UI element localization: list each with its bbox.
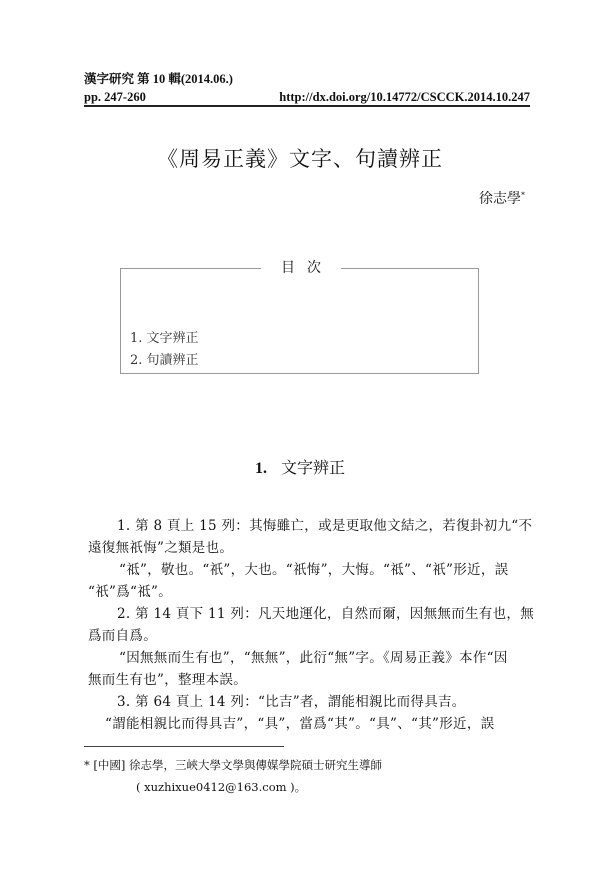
journal-info: 漢字研究 第 10 輯(2014.06.): [84, 69, 233, 87]
paper-title: 《周易正義》文字、句讀辨正: [0, 143, 600, 173]
author: 徐志學*: [479, 188, 525, 208]
body-line: “謂能相親比而得具吉”，“具”，當爲“其”。“具”、“其”形近，誤: [105, 712, 494, 732]
body-line: 2. 第 14 頁下 11 列：凡天地運化，自然而爾，因無無而生有也，無: [117, 602, 534, 622]
body-line: “因無無而生有也”，“無無”，此衍“無”字。《周易正義》本作“因: [119, 646, 508, 666]
footnote-text: * [中國] 徐志學，三峽大學文學與傳媒學院碩士研究生導師: [84, 757, 382, 773]
page-range: pp. 247-260: [84, 90, 146, 105]
footnote-mark[interactable]: *: [521, 190, 525, 199]
body-line: “祗”，敬也。“祇”，大也。“祇悔”，大悔。“祗”、“祇”形近，誤: [119, 558, 508, 578]
doi-link[interactable]: http://dx.doi.org/10.14772/CSCCK.2014.10…: [279, 90, 530, 105]
body-line: 遠復無祇悔”之類是也。: [88, 536, 233, 556]
section-title: 文字辨正: [281, 458, 345, 477]
table-of-contents: 目次 1. 文字辨正 2. 句讀辨正: [120, 268, 479, 374]
toc-title: 目次: [261, 257, 341, 277]
footnote-email: ( xuzhixue0412@163.com )。: [136, 779, 306, 795]
toc-item[interactable]: 2. 句讀辨正: [130, 349, 199, 368]
section-heading: 1.文字辨正: [0, 455, 600, 478]
section-number: 1.: [255, 460, 267, 477]
body-line: 3. 第 64 頁上 14 列：“比吉”者，謂能相親比而得具吉。: [117, 690, 466, 710]
body-line: 1. 第 8 頁上 15 列：其悔雖亡，或是更取他文結之，若復卦初九“不: [117, 514, 532, 534]
header-rule: [84, 105, 530, 107]
body-line: 無而生有也”，整理本誤。: [88, 668, 247, 688]
footnote-rule: [84, 746, 284, 747]
body-line: 爲而自爲。: [88, 624, 157, 644]
body-line: “祇”爲“祗”。: [88, 580, 172, 600]
author-name: 徐志學: [479, 191, 521, 207]
toc-item[interactable]: 1. 文字辨正: [130, 327, 199, 346]
